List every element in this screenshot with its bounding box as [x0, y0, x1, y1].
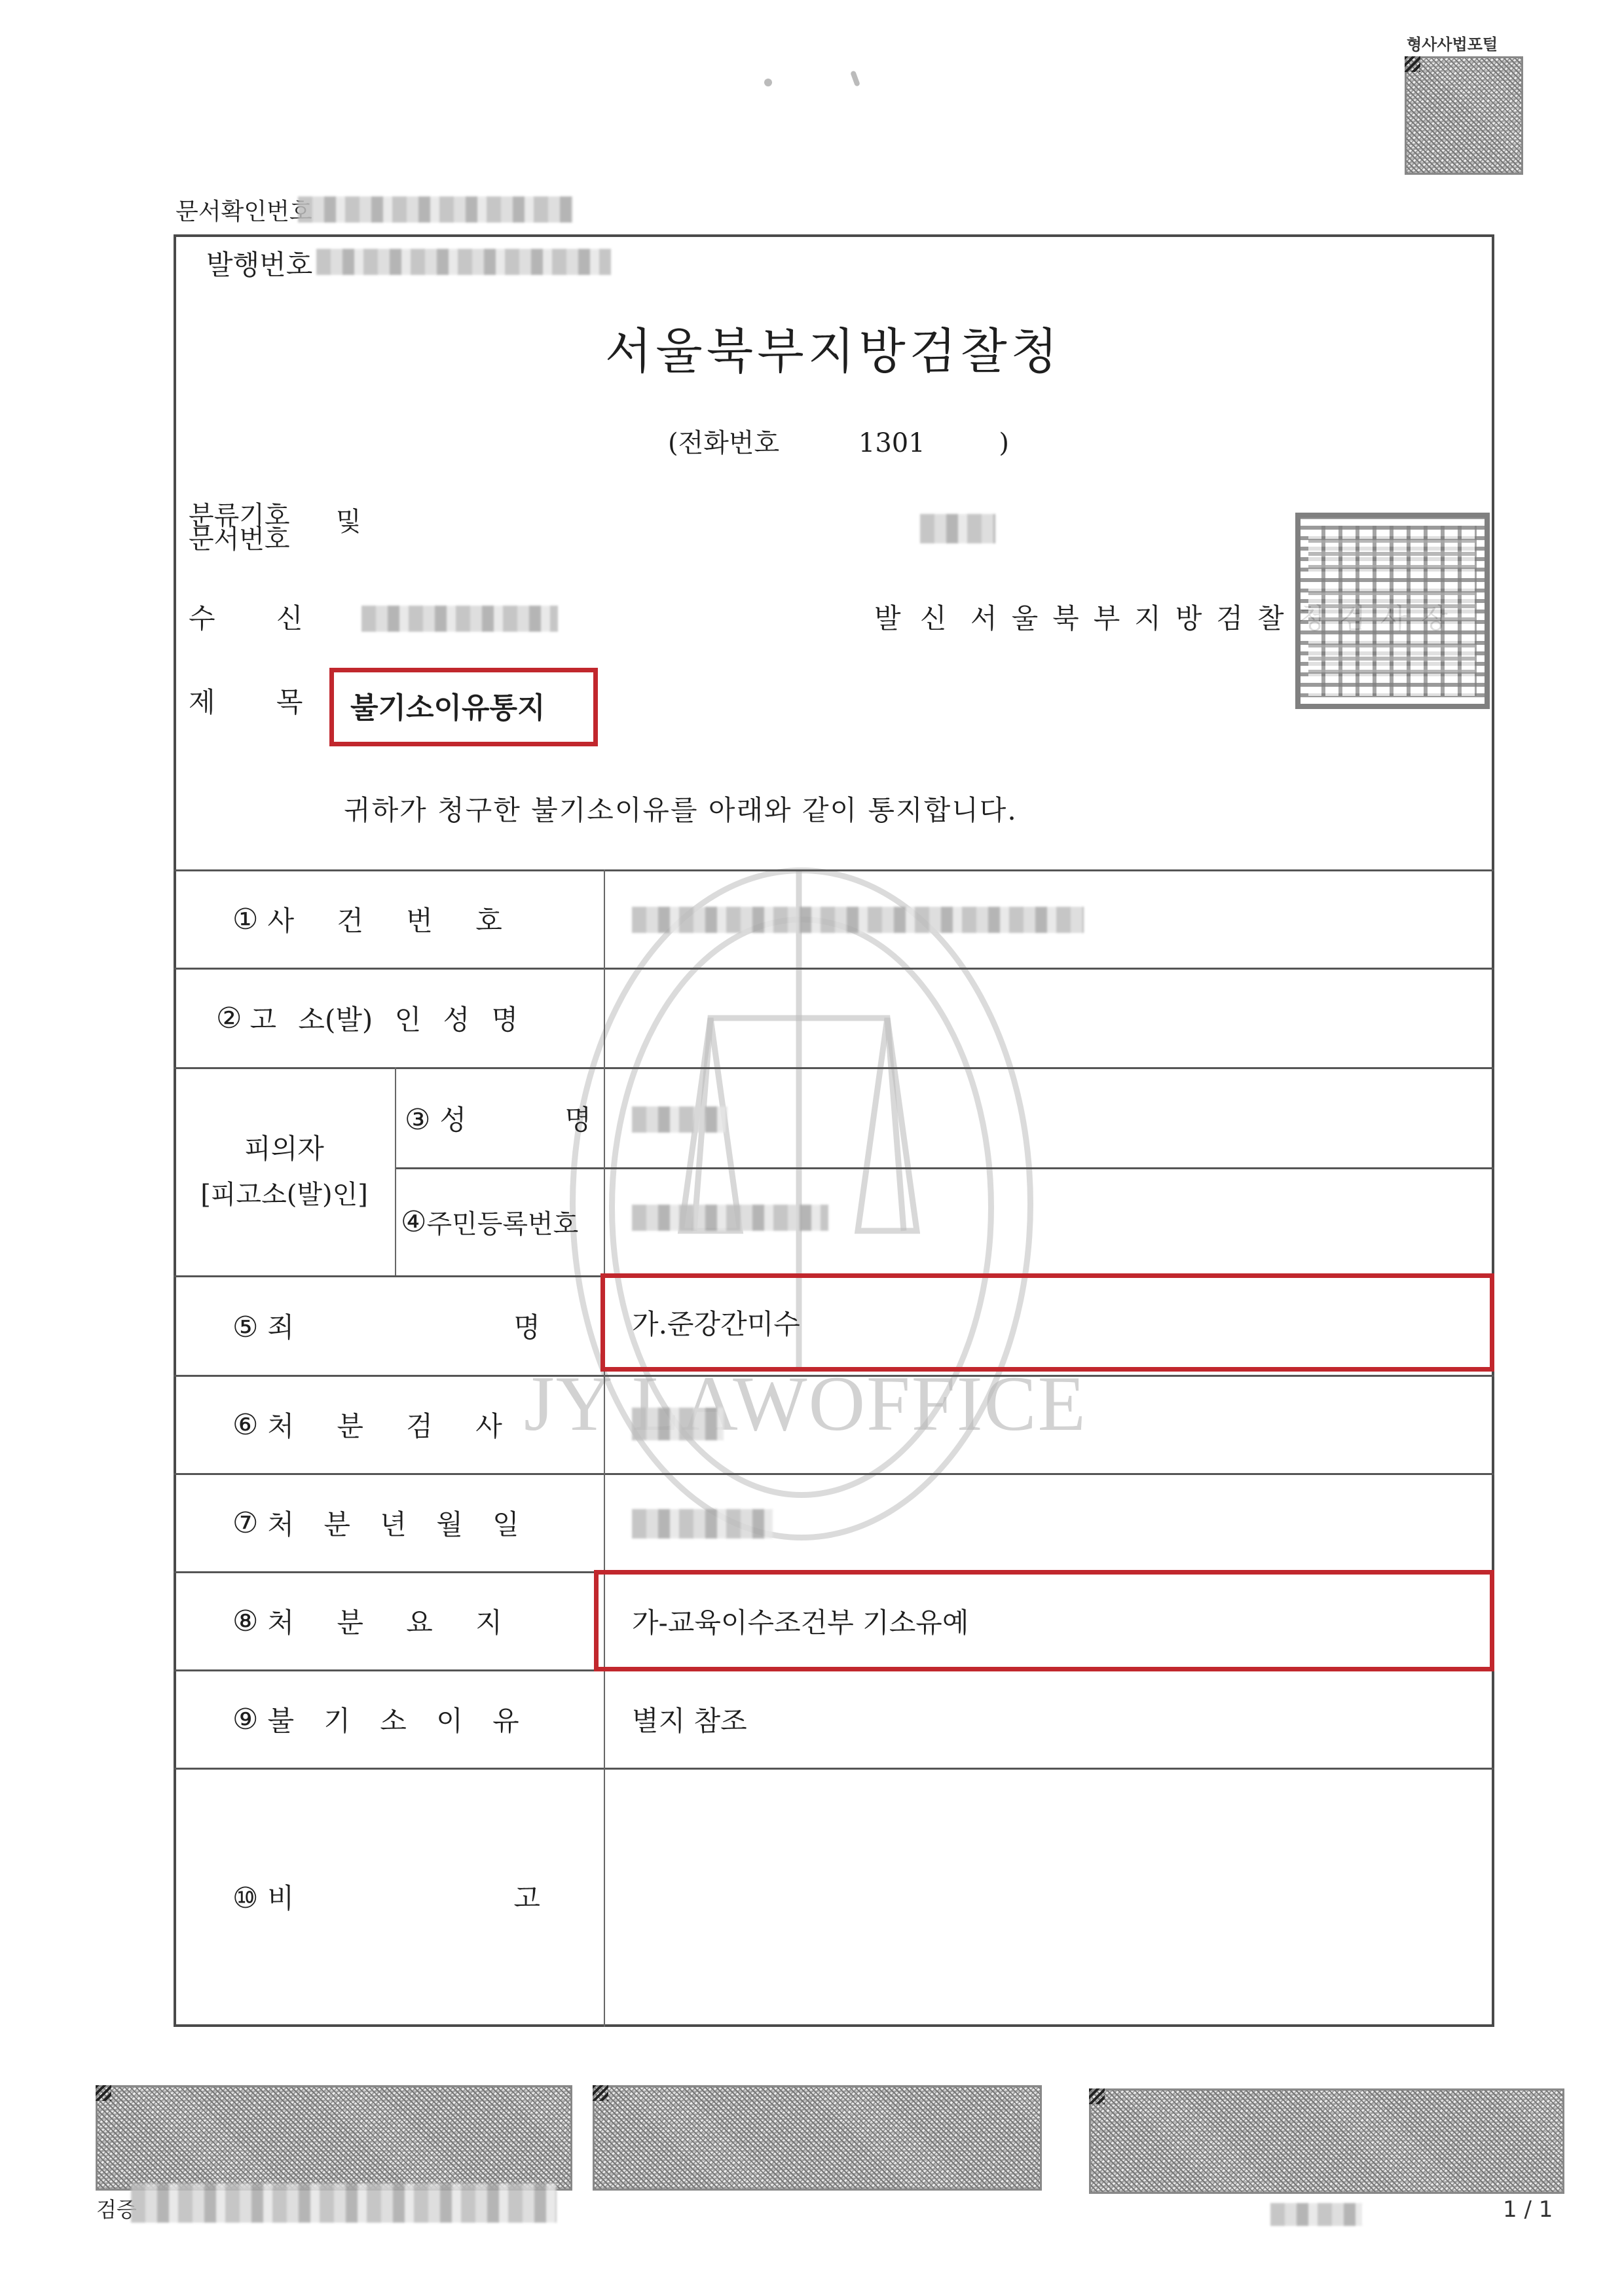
suspect-name-redacted: [632, 1106, 727, 1133]
resident-id-redacted: [632, 1205, 828, 1231]
footer-qr-block: [593, 2085, 1042, 2191]
prosecutor-redacted: [632, 1408, 724, 1440]
phone-line: (전화번호 1301 ): [668, 422, 1009, 460]
row-disposition-date-label: ⑦ 처 분 년 월 일: [232, 1474, 540, 1571]
class-label: 분류기호 문서번호: [189, 504, 290, 551]
phone-number: 1301: [858, 428, 925, 458]
page-indicator: 1 / 1: [1503, 2196, 1553, 2223]
class-label-and: 및: [336, 501, 361, 538]
doc-confirm-number-redacted: [298, 196, 573, 223]
disposition-summary-value: 가-교육이수조건부 기소유예: [632, 1573, 969, 1669]
phone-open: (전화번호: [668, 428, 779, 458]
non-indictment-reason-value: 별지 참조: [632, 1671, 747, 1768]
row-charge-label: ⑤죄 명: [232, 1277, 540, 1375]
subject-value: 불기소이유통지: [350, 684, 545, 726]
footer-date-redacted: [1270, 2203, 1362, 2226]
footer-qr-block: [1089, 2088, 1564, 2194]
case-number-redacted: [632, 907, 1084, 933]
sender-label: 발 신: [874, 597, 947, 636]
row-disposition-summary-label: ⑧ 처 분 요 지: [232, 1573, 540, 1669]
row-suspect-name-label: ③성 명: [405, 1068, 591, 1167]
disposition-date-redacted: [632, 1509, 773, 1539]
issue-no-label: 발행번호: [206, 244, 312, 283]
recipient-label: 수 신: [189, 597, 303, 636]
row-case-number-label: ① 사 건 번 호: [232, 871, 540, 968]
agency-title: 서울북부지방검찰청: [0, 313, 1624, 382]
suspect-group-label: 피의자 [피고소(발)인]: [174, 1068, 395, 1275]
table-divider: [395, 1067, 396, 1275]
row-resident-id-label: ④ 주민등록번호: [401, 1169, 597, 1275]
row-complainant-label: ② 고 소(발) 인 성 명: [216, 969, 589, 1067]
notice-sentence: 귀하가 청구한 불기소이유를 아래와 같이 통지합니다.: [344, 789, 1018, 828]
watermark-text: JY LAWOFFICE: [524, 1358, 1087, 1449]
row-prosecutor-label: ⑥ 처 분 검 사: [232, 1376, 540, 1473]
row-remarks-label: ⑩비 고: [232, 1769, 540, 2024]
scan-speck: [764, 79, 772, 86]
issue-number-redacted: [316, 249, 611, 275]
charge-value: 가.준강간미수: [632, 1277, 800, 1368]
recipient-value-redacted: [361, 606, 558, 632]
portal-qr-code: [1405, 56, 1523, 175]
footer-verify-code-redacted: [131, 2183, 557, 2223]
official-seal: [1295, 513, 1490, 709]
footer-qr-block: [96, 2085, 572, 2191]
phone-close: ): [999, 428, 1009, 458]
scan-speck: [850, 70, 860, 86]
table-divider: [604, 869, 605, 2027]
portal-label: 형사사법포털: [1407, 31, 1498, 54]
doc-confirm-label: 문서확인번호: [175, 193, 312, 227]
subject-label: 제 목: [189, 681, 303, 720]
row-non-indictment-reason-label: ⑨ 불 기 소 이 유: [232, 1671, 540, 1768]
class-label-line2: 문서번호: [189, 528, 290, 551]
class-number-redacted: [920, 514, 995, 543]
